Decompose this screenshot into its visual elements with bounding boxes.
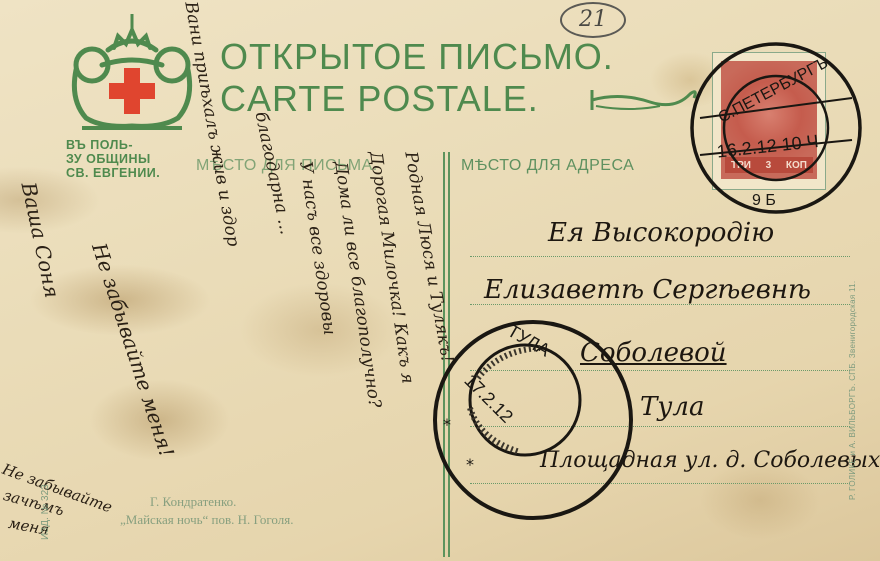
stamp-denomination: ТРИ 3 КОП: [725, 157, 813, 173]
address-line-2: Елизаветѣ Сергѣевнѣ: [484, 275, 811, 305]
postmark-city-tula: ТУЛА: [504, 320, 554, 360]
message-line: Не забывайте меня!: [87, 240, 179, 460]
svg-text:*: *: [466, 455, 474, 474]
printer-note: Р. ГОЛИКЕ и А. ВИЛЬБОРГЪ. СПБ. Звенигоро…: [848, 281, 857, 500]
stamp-eagle-icon: ТРИ 3 КОП: [721, 61, 817, 179]
flourish-ornament-icon: [590, 84, 700, 114]
address-line: [470, 370, 850, 371]
address-line: [470, 483, 850, 484]
message-signature: Ваша Соня: [17, 180, 65, 300]
address-line-5: Площадная ул. д. Соболевыхъ: [540, 448, 880, 473]
address-line-4: Тула: [640, 392, 704, 422]
crown-cross-icon: [62, 10, 202, 140]
postcard: 21 ВЪ ПОЛЬ- ЗУ ОБЩИНЫ СВ. ЕВГЕНИИ. ОТКРЫ…: [0, 0, 880, 561]
red-cross-emblem: ВЪ ПОЛЬ- ЗУ ОБЩИНЫ СВ. ЕВГЕНИИ.: [62, 10, 202, 170]
postage-stamp: ТРИ 3 КОП: [712, 52, 826, 190]
archive-number: 21: [579, 7, 607, 32]
address-line: [470, 256, 850, 257]
address-line-3: Соболевой: [580, 338, 727, 368]
address-area-label: МѢСТО ДЛЯ АДРЕСА: [461, 157, 634, 175]
postmark-code-spb: 9 Б: [752, 192, 776, 209]
address-line-1: Ея Высокородію: [548, 218, 774, 248]
postmark-date-tula: 17.2.12: [460, 370, 517, 427]
publisher-credit: Г. Кондратенко. „Майская ночь“ пов. Н. Г…: [120, 493, 293, 529]
series-number: ИЗД. № 323: [40, 484, 51, 540]
title-russian: ОТКРЫТОЕ ПИСЬМО.: [220, 36, 614, 78]
address-line: [470, 426, 850, 427]
archive-number-circle: 21: [560, 2, 626, 38]
emblem-caption: ВЪ ПОЛЬ- ЗУ ОБЩИНЫ СВ. ЕВГЕНИИ.: [66, 138, 196, 180]
